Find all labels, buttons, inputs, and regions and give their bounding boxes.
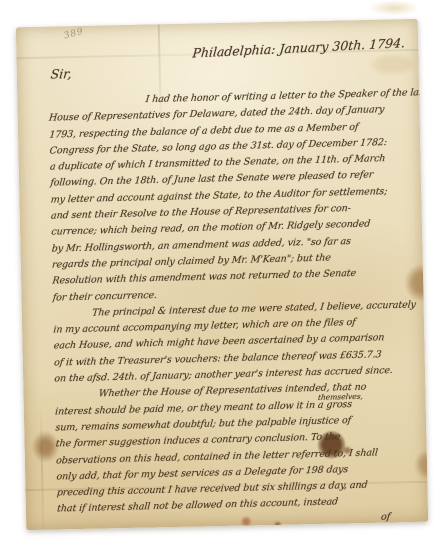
stain-top-right-foxing (368, 53, 416, 76)
photo-background: 389 Philadelphia: January 30th. 1794. Si… (0, 0, 439, 550)
interlinear-insertion: themselves, (318, 391, 364, 401)
background-foxing-spot (368, 0, 420, 16)
paper-crease-vertical-left (40, 405, 45, 530)
letter-paper: 389 Philadelphia: January 30th. 1794. Si… (16, 19, 428, 530)
dateline: Philadelphia: January 30th. 1794. (192, 35, 406, 60)
salutation: Sir, (50, 66, 73, 81)
pencil-inventory-number: 389 (63, 27, 85, 42)
letter-body: I had the honor of writing a letter to t… (47, 89, 424, 530)
